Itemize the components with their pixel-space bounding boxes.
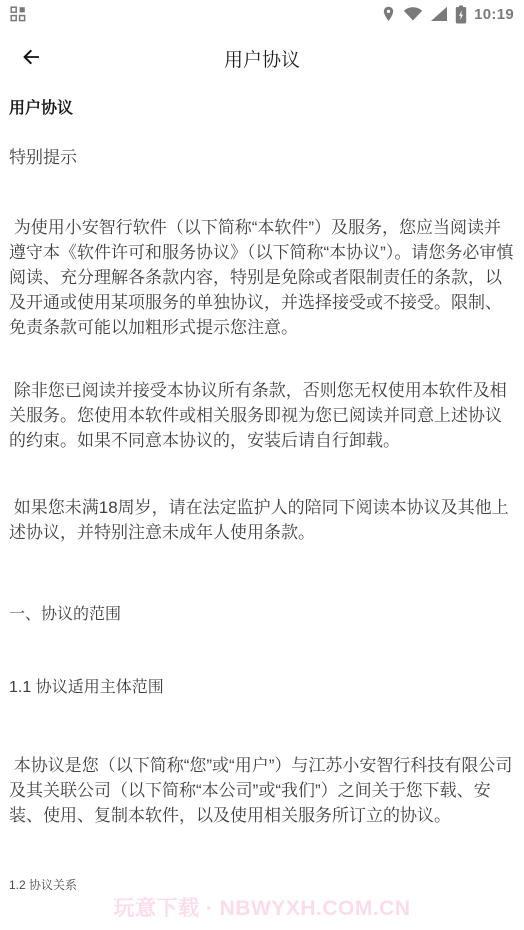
agreement-paragraph: 如果您未满18周岁，请在法定监护人的陪同下阅读本协议及其他上述协议，并特别注意未… <box>9 495 515 545</box>
location-icon <box>381 5 396 23</box>
subsection-heading: 1.2 协议关系 <box>9 876 515 893</box>
header: 用户协议 <box>0 28 524 88</box>
subsection-heading: 1.1 协议适用主体范围 <box>9 674 515 697</box>
cellular-signal-icon <box>430 6 448 22</box>
agreement-doc-title: 用户协议 <box>9 95 515 118</box>
section-heading: 一、协议的范围 <box>9 601 515 624</box>
back-button[interactable] <box>14 41 48 75</box>
grid-app-icon <box>10 6 26 22</box>
agreement-paragraph: 为使用小安智行软件（以下简称“本软件”）及服务，您应当阅读并遵守本《软件许可和服… <box>9 215 515 340</box>
status-bar: 10:19 <box>0 0 524 28</box>
arrow-left-icon <box>19 45 43 72</box>
agreement-paragraph: 除非您已阅读并接受本协议所有条款，否则您无权使用本软件及相关服务。您使用本软件或… <box>9 378 515 453</box>
agreement-subtitle: 特别提示 <box>9 143 515 168</box>
battery-charging-icon <box>455 5 467 24</box>
agreement-scroll-area[interactable]: 用户协议 特别提示 为使用小安智行软件（以下简称“本软件”）及服务，您应当阅读并… <box>0 95 524 893</box>
app-screen: 10:19 用户协议 用户协议 特别提示 为使用小安智行软件（以下简称“本软件”… <box>0 0 524 930</box>
status-time: 10:19 <box>474 6 514 23</box>
page-title: 用户协议 <box>224 45 300 72</box>
agreement-paragraph: 本协议是您（以下简称“您”或“用户”）与江苏小安智行科技有限公司及其关联公司（以… <box>9 753 515 828</box>
wifi-icon <box>403 6 423 22</box>
site-watermark: 玩意下载 · NBWYXH.COM.CN <box>0 892 524 922</box>
status-bar-right: 10:19 <box>381 5 514 24</box>
